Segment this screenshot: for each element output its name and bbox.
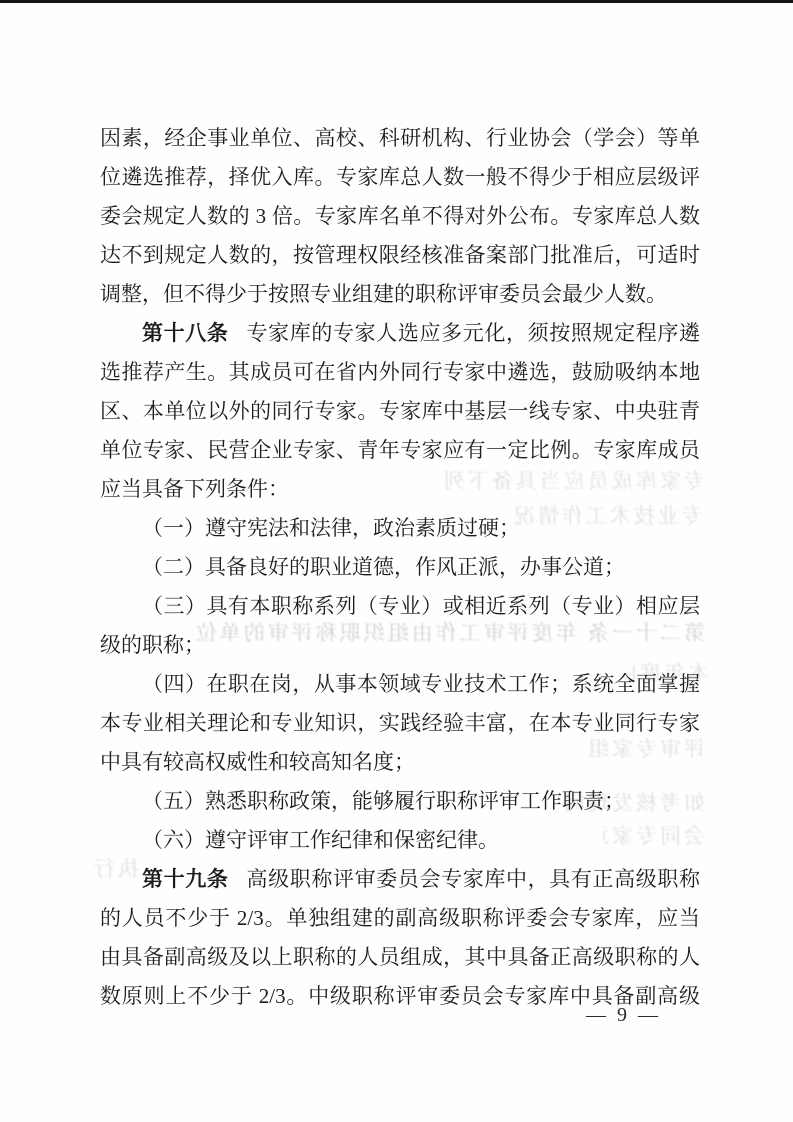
article-19-line: 由具备副高级及以上职称的人员组成，其中具备正高级职称的人 bbox=[100, 938, 700, 977]
list-item-3-line: （三）具有本职称系列（专业）或相近系列（专业）相应层 bbox=[100, 587, 700, 626]
article-19-line: 的人员不少于 2/3。单独组建的副高级职称评委会专家库，应当 bbox=[100, 899, 700, 938]
article-18-line: 选推荐产生。其成员可在省内外同行专家中遴选，鼓励吸纳本地 bbox=[100, 353, 700, 392]
article-18-line: 单位专家、民营企业专家、青年专家应有一定比例。专家库成员 bbox=[100, 431, 700, 470]
list-item-3-line: 级的职称； bbox=[100, 626, 700, 665]
paragraph-continuation-line: 位遴选推荐，择优入库。专家库总人数一般不得少于相应层级评 bbox=[100, 158, 700, 197]
list-item-6-line: （六）遵守评审工作纪律和保密纪律。 bbox=[100, 821, 700, 860]
scan-artifact-line bbox=[0, 0, 793, 3]
list-item-1-line: （一）遵守宪法和法律，政治素质过硬； bbox=[100, 509, 700, 548]
article-18-line: 应当具备下列条件： bbox=[100, 470, 700, 509]
list-item-4-line: 中具有较高权威性和较高知名度； bbox=[100, 743, 700, 782]
list-item-4-line: （四）在职在岗，从事本领域专业技术工作；系统全面掌握 bbox=[100, 665, 700, 704]
list-item-5-line: （五）熟悉职称政策，能够履行职称评审工作职责； bbox=[100, 782, 700, 821]
article-19-number: 第十九条 bbox=[142, 867, 229, 891]
article-18-line: 第十八条专家库的专家人选应多元化，须按照规定程序遴 bbox=[100, 314, 700, 353]
paragraph-continuation-line: 因素，经企事业单位、高校、科研机构、行业协会（学会）等单 bbox=[100, 119, 700, 158]
document-body: 因素，经企事业单位、高校、科研机构、行业协会（学会）等单 位遴选推荐，择优入库。… bbox=[100, 119, 700, 1016]
article-18-text: 专家库的专家人选应多元化，须按照规定程序遴 bbox=[247, 321, 701, 345]
page-number: — 9 — bbox=[586, 1004, 661, 1027]
article-18-line: 区、本单位以外的同行专家。专家库中基层一线专家、中央驻青 bbox=[100, 392, 700, 431]
scanned-document-page: 专家库成员应当具备下列 专业技术工作情况 第二十一条 年度评审工作由组织职称评审… bbox=[0, 0, 793, 1122]
paragraph-continuation-line: 调整，但不得少于按照专业组建的职称评审委员会最少人数。 bbox=[100, 275, 700, 314]
article-19-line: 第十九条高级职称评审委员会专家库中，具有正高级职称 bbox=[100, 860, 700, 899]
paragraph-continuation-line: 达不到规定人数的，按管理权限经核准备案部门批准后，可适时 bbox=[100, 236, 700, 275]
list-item-4-line: 本专业相关理论和专业知识，实践经验丰富，在本专业同行专家 bbox=[100, 704, 700, 743]
list-item-2-line: （二）具备良好的职业道德，作风正派，办事公道； bbox=[100, 548, 700, 587]
article-18-number: 第十八条 bbox=[142, 321, 229, 345]
paragraph-continuation-line: 委会规定人数的 3 倍。专家库名单不得对外公布。专家库总人数 bbox=[100, 197, 700, 236]
article-19-text: 高级职称评审委员会专家库中，具有正高级职称 bbox=[247, 867, 701, 891]
